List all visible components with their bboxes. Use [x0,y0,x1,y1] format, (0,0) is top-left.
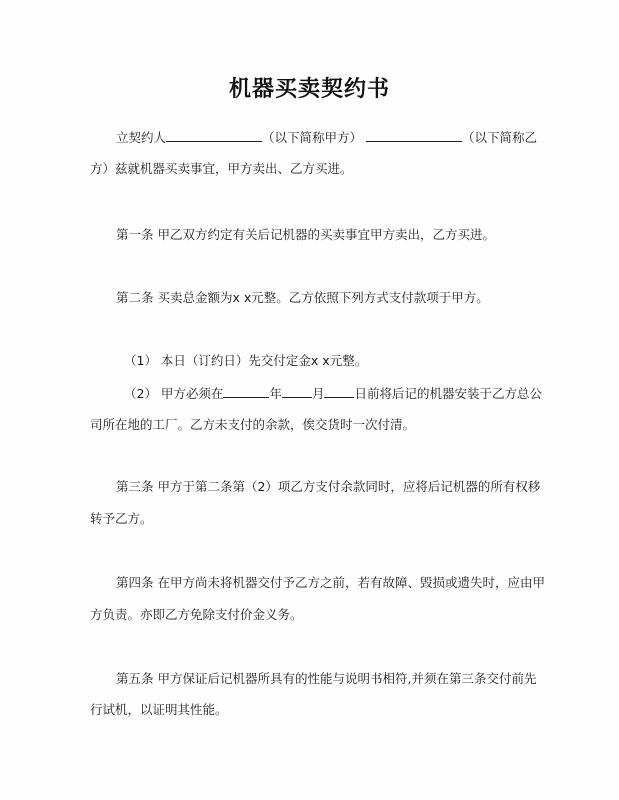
preamble-line-1: 立契约人（以下简称甲方）（以下简称乙 [116,128,561,147]
party-b-blank [366,128,462,142]
preamble-line-2: 方）兹就机器买卖事宜，甲方卖出、乙方买进。 [90,160,535,178]
preamble-prefix: 立契约人 [116,130,166,145]
article-5-line-1: 第五条 甲方保证后记机器所具有的性能与说明书相符,并须在第三条交付前先 [116,670,561,688]
article-1: 第一条 甲乙双方约定有关后记机器的买卖事宜甲方卖出，乙方买进。 [116,226,561,244]
article-2: 第二条 买卖总金额为x x元整。乙方依照下列方式支付款项于甲方。 [116,289,561,307]
payment-item-2-line-2: 司所在地的工厂。乙方未支付的余款，俟交货时一次付清。 [90,416,535,434]
article-3-line-1: 第三条 甲方于第二条第（2）项乙方支付余款同时，应将后记机器的所有权移 [116,478,561,496]
month-label: 月 [312,386,325,401]
item2-suffix: 日前将后记的机器安装于乙方总公 [354,386,542,401]
payment-item-2-line-1: （2） 甲方必须在年月日前将后记的机器安装于乙方总公 [116,384,569,403]
party-a-label: （以下简称甲方） [262,130,362,145]
item2-prefix: （2） 甲方必须在 [124,386,223,401]
month-blank [282,384,312,398]
year-blank [223,384,269,398]
party-a-blank [166,128,262,142]
document-title: 机器买卖契约书 [0,72,619,103]
payment-item-1: （1） 本日（订约日）先交付定金x x元整。 [116,352,569,370]
year-label: 年 [269,386,282,401]
party-b-label: （以下简称乙 [462,130,537,145]
article-4-line-2: 方负责。亦即乙方免除支付价金义务。 [90,606,535,624]
article-4-line-1: 第四条 在甲方尚未将机器交付予乙方之前，若有故障、毁损或遗失时，应由甲 [116,574,561,592]
day-blank [324,384,354,398]
article-3-line-2: 转予乙方。 [90,510,535,528]
article-5-line-2: 行试机，以证明其性能。 [90,701,535,719]
